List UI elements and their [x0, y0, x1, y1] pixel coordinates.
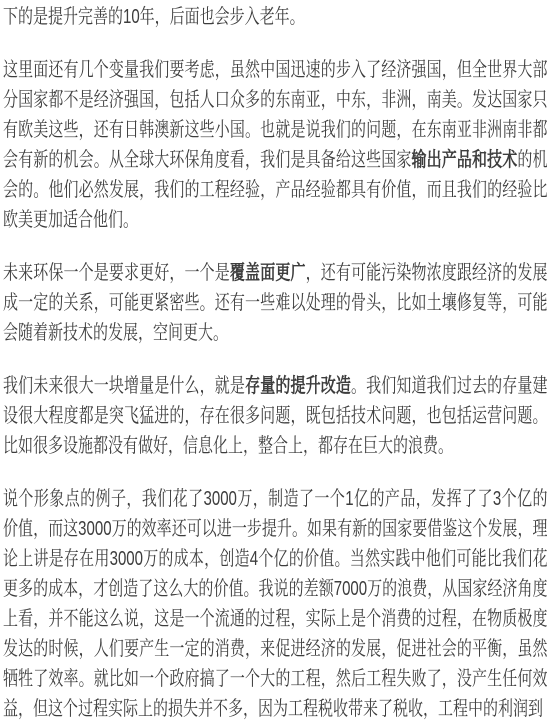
article-page: 下的是提升完善的10年，后面也会步入老年。这里面还有几个变量我们要考虑，虽然中国… — [0, 0, 547, 722]
paragraph: 这里面还有几个变量我们要考虑，虽然中国迅速的步入了经济强国，但全世界大部分国家都… — [3, 55, 547, 235]
body-text: 我们未来很大一块增量是什么，就是 — [3, 375, 245, 397]
body-text: 未来环保一个是要求更好，一个是 — [3, 262, 230, 284]
body-text: 下的是提升完善的10年，后面也会步入老年。 — [3, 6, 305, 28]
emphasis-text: 输出产品和技术 — [411, 149, 517, 171]
article-body: 下的是提升完善的10年，后面也会步入老年。这里面还有几个变量我们要考虑，虽然中国… — [0, 0, 547, 722]
emphasis-text: 存量的提升改造 — [245, 375, 351, 397]
paragraph: 下的是提升完善的10年，后面也会步入老年。 — [3, 2, 547, 32]
body-text: 说个形象点的例子，我们花了3000万，制造了一个1亿的产品，发挥了了3个亿的价值… — [3, 488, 547, 720]
emphasis-text: 覆盖面更广 — [230, 262, 306, 284]
paragraph: 未来环保一个是要求更好，一个是覆盖面更广，还有可能污染物浓度跟经济的发展成一定的… — [3, 258, 547, 348]
paragraph: 说个形象点的例子，我们花了3000万，制造了一个1亿的产品，发挥了了3个亿的价值… — [3, 484, 547, 722]
paragraph: 我们未来很大一块增量是什么，就是存量的提升改造。我们知道我们过去的存量建设很大程… — [3, 371, 547, 461]
